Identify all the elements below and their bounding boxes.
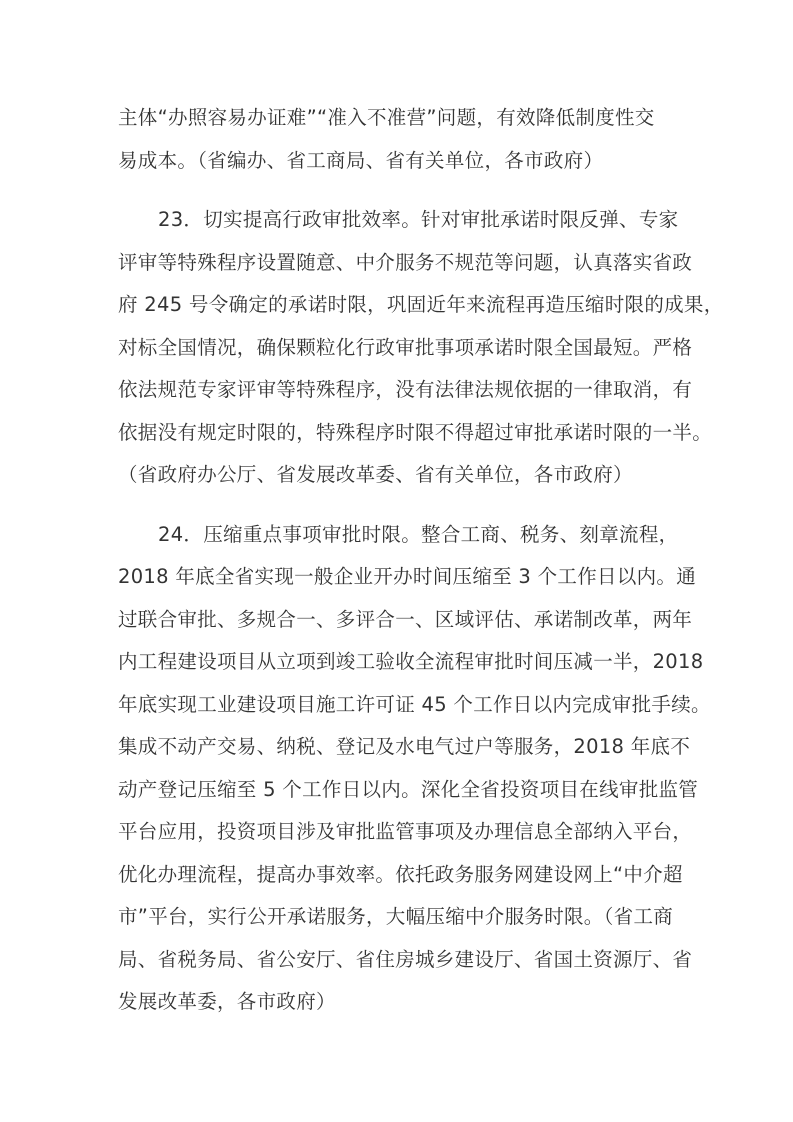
text-line: 2018 年底全省实现一般企业开办时间压缩至 3 个工作日以内。通 — [118, 556, 684, 599]
text-line: 集成不动产交易、纳税、登记及水电气过户等服务，2018 年底不 — [118, 726, 684, 769]
text-line: 动产登记压缩至 5 个工作日以内。深化全省投资项目在线审批监管 — [118, 769, 684, 812]
text-line: 市”平台，实行公开承诺服务，大幅压缩中介服务时限。（省工商 — [118, 896, 684, 939]
paragraph-item-23: 23．切实提高行政审批效率。针对审批承诺时限反弹、专家 评审等特殊程序设置随意、… — [118, 199, 684, 497]
text-line: 年底实现工业建设项目施工许可证 45 个工作日以内完成审批手续。 — [118, 684, 684, 727]
text-line: 局、省税务局、省公安厅、省住房城乡建设厅、省国土资源厅、省 — [118, 939, 684, 982]
text-line: 过联合审批、多规合一、多评合一、区域评估、承诺制改革，两年 — [118, 599, 684, 642]
text-line: 依法规范专家评审等特殊程序，没有法律法规依据的一律取消，有 — [118, 369, 684, 412]
text-line: 府 245 号令确定的承诺时限，巩固近年来流程再造压缩时限的成果， — [118, 284, 684, 327]
text-line: 易成本。（省编办、省工商局、省有关单位，各市政府） — [118, 140, 684, 183]
text-line: 24．压缩重点事项审批时限。整合工商、税务、刻章流程， — [118, 514, 684, 557]
paragraph-continuation: 主体“办照容易办证难”“准入不准营”问题，有效降低制度性交 易成本。（省编办、省… — [118, 97, 684, 182]
text-line: 内工程建设项目从立项到竣工验收全流程审批时间压减一半，2018 — [118, 641, 684, 684]
paragraph-gap — [118, 497, 684, 514]
text-line: 评审等特殊程序设置随意、中介服务不规范等问题，认真落实省政 — [118, 242, 684, 285]
text-line: （省政府办公厅、省发展改革委、省有关单位，各市政府） — [118, 454, 684, 497]
document-page: 主体“办照容易办证难”“准入不准营”问题，有效降低制度性交 易成本。（省编办、省… — [118, 97, 684, 1024]
paragraph-item-24: 24．压缩重点事项审批时限。整合工商、税务、刻章流程， 2018 年底全省实现一… — [118, 514, 684, 1024]
text-line: 对标全国情况，确保颗粒化行政审批事项承诺时限全国最短。严格 — [118, 327, 684, 370]
text-line: 优化办理流程，提高办事效率。依托政务服务网建设网上“中介超 — [118, 854, 684, 897]
paragraph-gap — [118, 182, 684, 199]
text-line: 平台应用，投资项目涉及审批监管事项及办理信息全部纳入平台， — [118, 811, 684, 854]
text-line: 主体“办照容易办证难”“准入不准营”问题，有效降低制度性交 — [118, 97, 684, 140]
text-line: 发展改革委，各市政府） — [118, 981, 684, 1024]
text-line: 23．切实提高行政审批效率。针对审批承诺时限反弹、专家 — [118, 199, 684, 242]
text-line: 依据没有规定时限的，特殊程序时限不得超过审批承诺时限的一半。 — [118, 412, 684, 455]
